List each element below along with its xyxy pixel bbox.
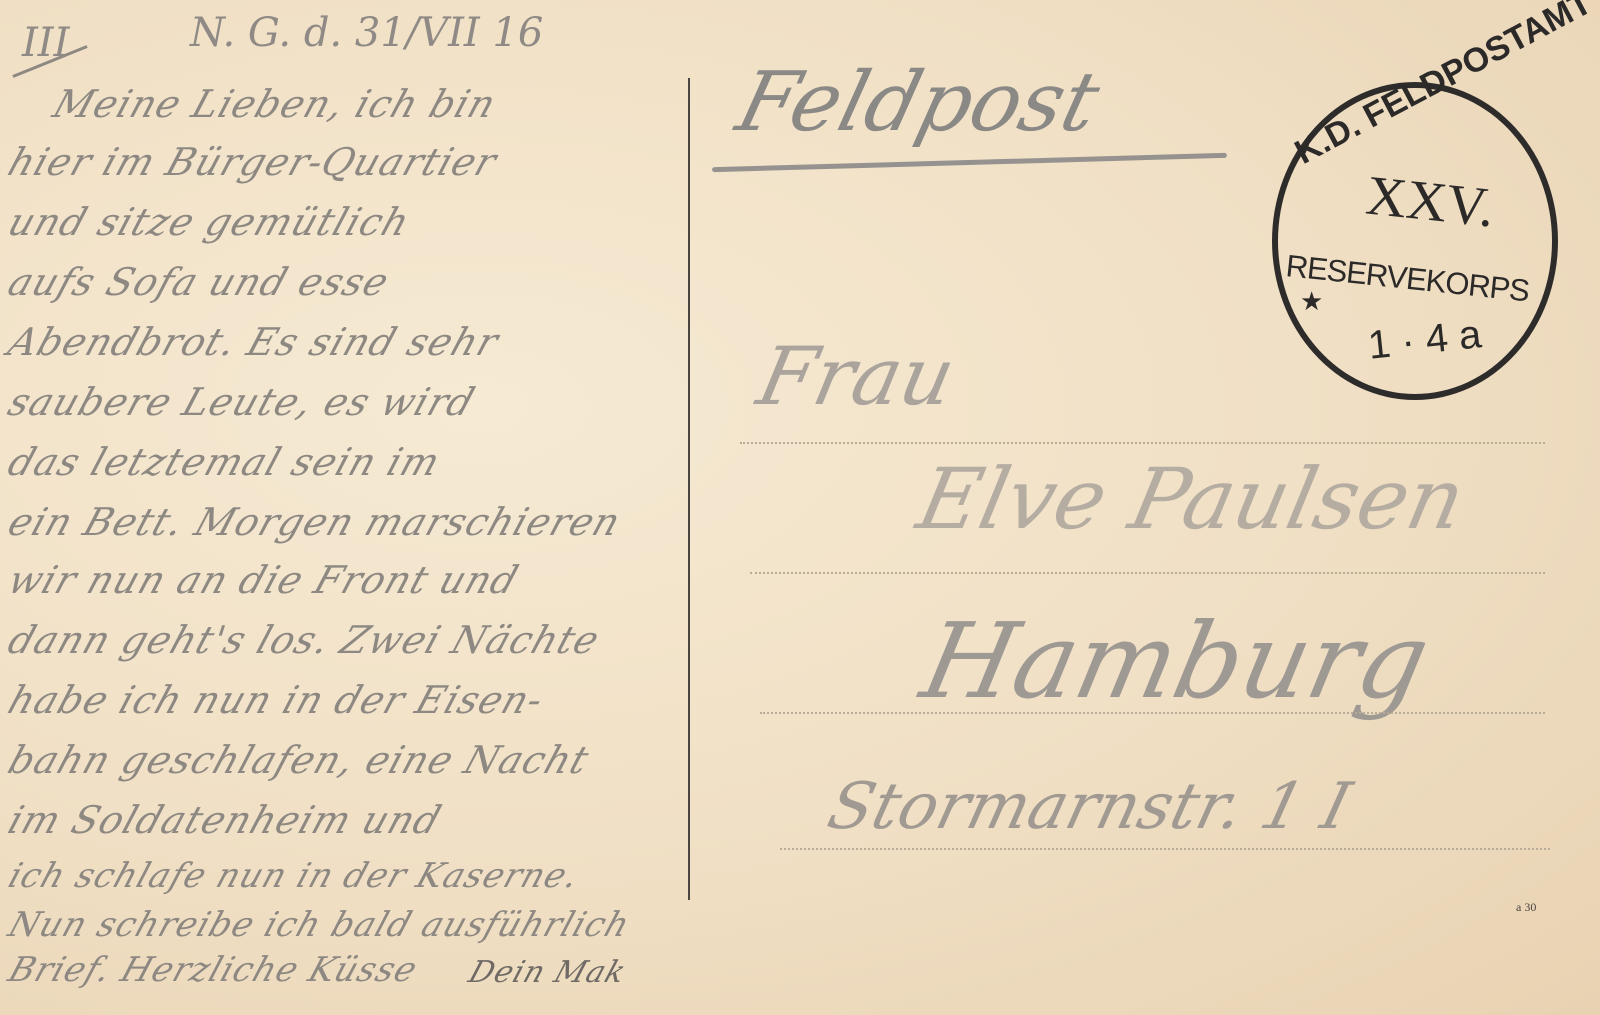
postmark-top-arc: K.D. FELDPOSTAMT xyxy=(1289,0,1599,173)
message-line: das letztemal sein im xyxy=(3,440,446,484)
feldpost-heading: Feldpost xyxy=(728,55,1108,150)
message-line: hier im Bürger-Quartier xyxy=(3,140,503,184)
star-icon: ★ xyxy=(1300,286,1323,317)
address-line xyxy=(780,848,1550,850)
corner-mark: III xyxy=(22,20,69,66)
message-line: wir nun an die Front und xyxy=(3,558,524,602)
message-line: und sitze gemütlich xyxy=(3,200,416,244)
message-line: habe ich nun in der Eisen- xyxy=(3,678,550,722)
message-line: saubere Leute, es wird xyxy=(3,380,481,424)
message-line: bahn geschlafen, eine Nacht xyxy=(3,738,595,782)
message-line: Meine Lieben, ich bin xyxy=(48,82,502,126)
message-line: aufs Sofa und esse xyxy=(3,260,395,304)
message-line: Abendbrot. Es sind sehr xyxy=(3,320,505,364)
address-line xyxy=(760,712,1545,714)
postmark-date-code: 1 · 4 a xyxy=(1366,312,1483,369)
recipient-name: Elve Paulsen xyxy=(910,450,1474,548)
recipient-title: Frau xyxy=(750,330,963,423)
message-line: dann geht's los. Zwei Nächte xyxy=(3,618,606,662)
postcard: III N. G. d. 31/VII 16 Meine Lieben, ich… xyxy=(0,0,1600,1015)
message-line: ich schlafe nun in der Kaserne. xyxy=(4,856,585,896)
center-divider xyxy=(688,78,690,900)
heading-underline xyxy=(712,153,1227,172)
address-line xyxy=(750,572,1545,574)
signature: Dein Mak xyxy=(464,955,630,990)
address-line xyxy=(740,442,1545,444)
postmark: K.D. FELDPOSTAMT XXV. RESERVEKORPS ★ 1 ·… xyxy=(1272,82,1558,400)
message-line: Brief. Herzliche Küsse xyxy=(4,950,423,990)
recipient-city: Hamburg xyxy=(912,600,1439,722)
message-line: im Soldatenheim und xyxy=(3,798,447,842)
recipient-street: Stormarnstr. 1 I xyxy=(821,770,1358,844)
message-line: ein Bett. Morgen marschieren xyxy=(3,500,627,544)
postmark-numeral: XXV. xyxy=(1363,163,1497,240)
printer-mark: a 30 xyxy=(1516,900,1536,915)
message-line: Nun schreibe ich bald ausführlich xyxy=(4,905,636,945)
letter-header-date: N. G. d. 31/VII 16 xyxy=(190,10,543,56)
